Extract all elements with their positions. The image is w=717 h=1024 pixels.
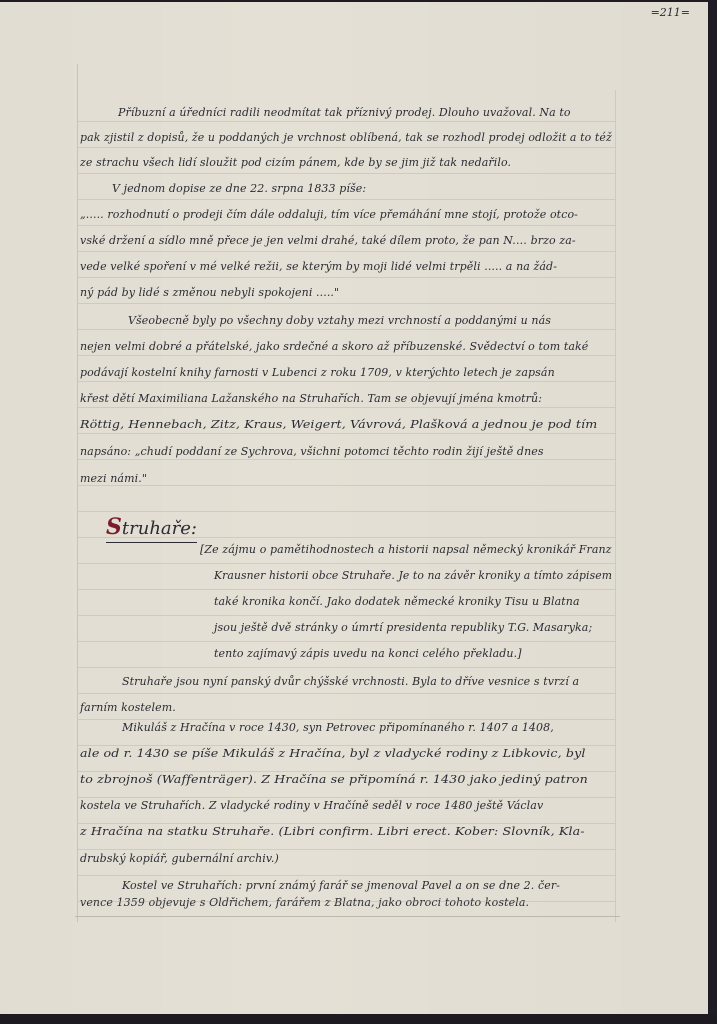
ruled-line [78,615,615,616]
ruled-line [78,511,615,512]
ruled-line [78,225,615,226]
paragraph-relations-line: Všeobecně byly po všechny doby vztahy me… [128,314,551,327]
ruled-line [78,667,615,668]
paragraph-struhare-intro-line: Struhaře jsou nyní panský dvůr chýšské v… [122,675,579,688]
section-heading-struhare: Struhaře: [106,514,197,543]
paragraph-church-line: Kostel ve Struhařích: první známý farář … [122,879,560,892]
ruled-line [78,433,615,434]
paragraph-church-line: vence 1359 objevuje s Oldřichem, farářem… [80,896,529,909]
paragraph-relatives-line: Příbuzní a úředníci radili neodmítat tak… [118,106,571,119]
paragraph-relations-line: podávají kostelní knihy farnosti v Luben… [80,366,555,379]
ruled-line [78,329,615,330]
ruled-line [78,147,615,148]
paragraph-letter-quote-line: vské držení a sídlo mně přece je jen vel… [80,234,576,247]
paragraph-relations-line: Röttig, Hennebach, Zitz, Kraus, Weigert,… [80,418,597,431]
manuscript-page: =211= Příbuzní a úředníci radili neodmít… [0,2,708,1014]
ruled-line [78,745,615,746]
page-number: =211= [651,6,690,19]
ruled-line [78,719,615,720]
scan-border-bottom [0,1014,717,1024]
paragraph-mikulas-line: drubský kopiář, gubernální archiv.) [80,852,279,865]
paragraph-letter-quote-line: vede velké spoření v mé velké režii, se … [80,260,557,273]
paragraph-mikulas-line: ale od r. 1430 se píše Mikuláš z Hračína… [80,747,586,760]
ruled-line [78,485,615,486]
paragraph-relations-line: mezi námi." [80,472,147,485]
ruled-line [78,277,615,278]
paragraph-letter-quote-line: „..... rozhodnutí o prodeji čím dále odd… [80,208,578,221]
ruled-line [78,901,615,902]
note-line: také kronika končí. Jako dodatek německé… [214,595,580,608]
left-margin-line [77,64,78,922]
ruled-line [78,381,615,382]
paragraph-relations-line: křest dětí Maximiliana Lažanského na Str… [80,392,542,405]
ruled-line [78,303,615,304]
ruled-line [78,693,615,694]
decorated-initial: S [106,514,122,540]
bottom-rule [75,916,620,917]
note-line: tento zajímavý zápis uvedu na konci celé… [214,647,522,660]
paragraph-mikulas-line: kostela ve Struhařích. Z vladycké rodiny… [80,799,543,812]
heading-text: truhaře: [122,518,197,539]
ruled-line [78,199,615,200]
paragraph-relatives-line: pak zjistil z dopisů, že u poddaných je … [80,131,612,144]
ruled-line [78,823,615,824]
paragraph-letter-quote-line: ný pád by lidé s změnou nebyli spokojeni… [80,286,339,299]
right-margin-line [615,90,616,922]
ruled-line [78,459,615,460]
ruled-line [78,121,615,122]
ruled-line [78,641,615,642]
ruled-line [78,797,615,798]
ruled-line [78,407,615,408]
paragraph-relations-line: napsáno: „chudí poddaní ze Sychrova, vši… [80,445,544,458]
ruled-line [78,771,615,772]
ruled-line [78,173,615,174]
note-line: jsou ještě dvě stránky o úmrtí president… [214,621,592,634]
paragraph-relations-line: nejen velmi dobré a přátelské, jako srde… [80,340,588,353]
note-line: Krausner historii obce Struhaře. Je to n… [214,569,612,582]
ruled-line [78,875,615,876]
scan-border-right [708,0,717,1024]
paragraph-mikulas-line: to zbrojnoš (Waffenträger). Z Hračína se… [80,773,588,786]
paragraph-mikulas-line: Mikuláš z Hračína v roce 1430, syn Petro… [122,721,554,734]
ruled-line [78,849,615,850]
paragraph-struhare-intro-line: farním kostelem. [80,701,176,714]
paragraph-relatives-line: ze strachu všech lidí sloužit pod cizím … [80,156,511,169]
ruled-line [78,589,615,590]
note-line: [Ze zájmu o pamětihodnostech a historii … [200,543,612,556]
ruled-line [78,563,615,564]
paragraph-mikulas-line: z Hračína na statku Struhaře. (Libri con… [80,825,585,838]
ruled-line [78,355,615,356]
ruled-line [78,251,615,252]
paragraph-letter-intro-line: V jednom dopise ze dne 22. srpna 1833 pí… [112,182,366,195]
